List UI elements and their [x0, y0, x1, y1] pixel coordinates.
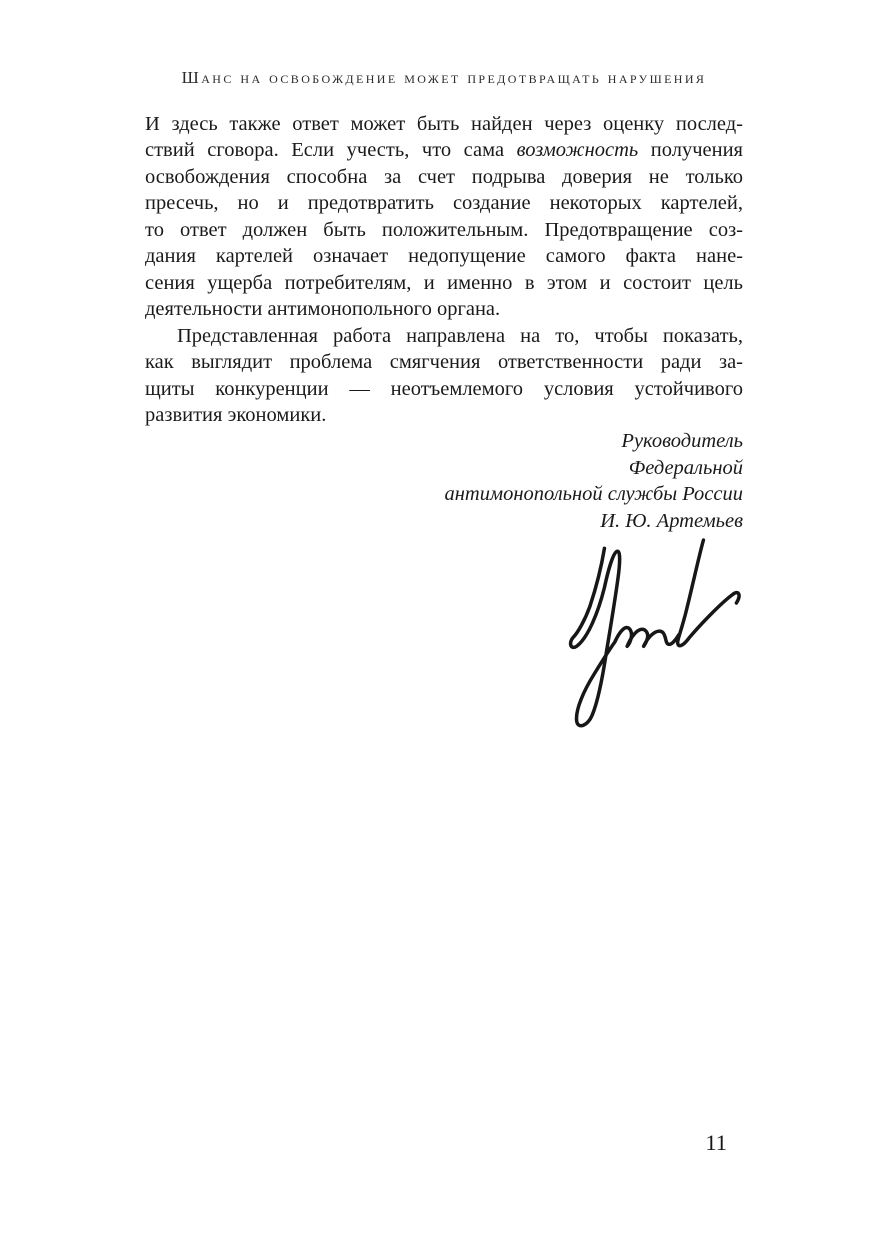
book-page: Шанс на освобождение может предотвращать… — [0, 0, 875, 1241]
text-segment: щиты конкуренции — неотъемлемого условия… — [145, 378, 743, 400]
text-segment: получения — [638, 139, 743, 161]
text-line: пресечь, но и предотвратить создание нек… — [145, 190, 743, 216]
text-segment: ствий сговора. Если учесть, что сама — [145, 139, 517, 161]
body-text: И здесь также ответ может быть найден че… — [145, 111, 743, 428]
signoff-line: Федеральной — [145, 455, 743, 481]
signoff-line: И. Ю. Артемьев — [145, 508, 743, 534]
paragraph: И здесь также ответ может быть найден че… — [145, 111, 743, 323]
text-line: ствий сговора. Если учесть, что сама воз… — [145, 137, 743, 163]
text-line: как выглядит проблема смягчения ответств… — [145, 349, 743, 375]
paragraph: Представленная работа направлена на то, … — [145, 323, 743, 429]
running-header: Шанс на освобождение может предотвращать… — [145, 68, 743, 88]
text-segment: дания картелей означает недопущение само… — [145, 245, 743, 267]
text-segment: Представленная работа направлена на то, … — [177, 325, 743, 347]
text-line: Представленная работа направлена на то, … — [145, 323, 743, 349]
text-line: деятельности антимонопольного органа. — [145, 296, 743, 322]
emphasized-text: возможность — [517, 139, 639, 161]
text-segment: И здесь также ответ может быть найден че… — [145, 113, 743, 135]
text-line: развития экономики. — [145, 402, 743, 428]
signature-block: РуководительФедеральнойантимонопольной с… — [145, 428, 743, 534]
text-line: И здесь также ответ может быть найден че… — [145, 111, 743, 137]
text-segment: деятельности антимонопольного органа. — [145, 298, 500, 320]
text-line: дания картелей означает недопущение само… — [145, 243, 743, 269]
text-line: освобождения способна за счет подрыва до… — [145, 164, 743, 190]
text-line: сения ущерба потребителям, и именно в эт… — [145, 270, 743, 296]
text-segment: сения ущерба потребителям, и именно в эт… — [145, 272, 743, 294]
text-segment: освобождения способна за счет подрыва до… — [145, 166, 743, 188]
signoff-line: Руководитель — [145, 428, 743, 454]
text-line: то ответ должен быть положительным. Пред… — [145, 217, 743, 243]
signature-icon — [566, 538, 746, 736]
text-block: И здесь также ответ может быть найден че… — [145, 111, 743, 534]
text-segment: как выглядит проблема смягчения ответств… — [145, 351, 743, 373]
handwritten-signature-image — [566, 538, 746, 736]
signoff-line: антимонопольной службы России — [145, 481, 743, 507]
text-segment: развития экономики. — [145, 404, 326, 426]
page-number: 11 — [145, 1130, 727, 1156]
text-segment: то ответ должен быть положительным. Пред… — [145, 219, 743, 241]
text-line: щиты конкуренции — неотъемлемого условия… — [145, 376, 743, 402]
text-segment: пресечь, но и предотвратить создание нек… — [145, 192, 743, 214]
